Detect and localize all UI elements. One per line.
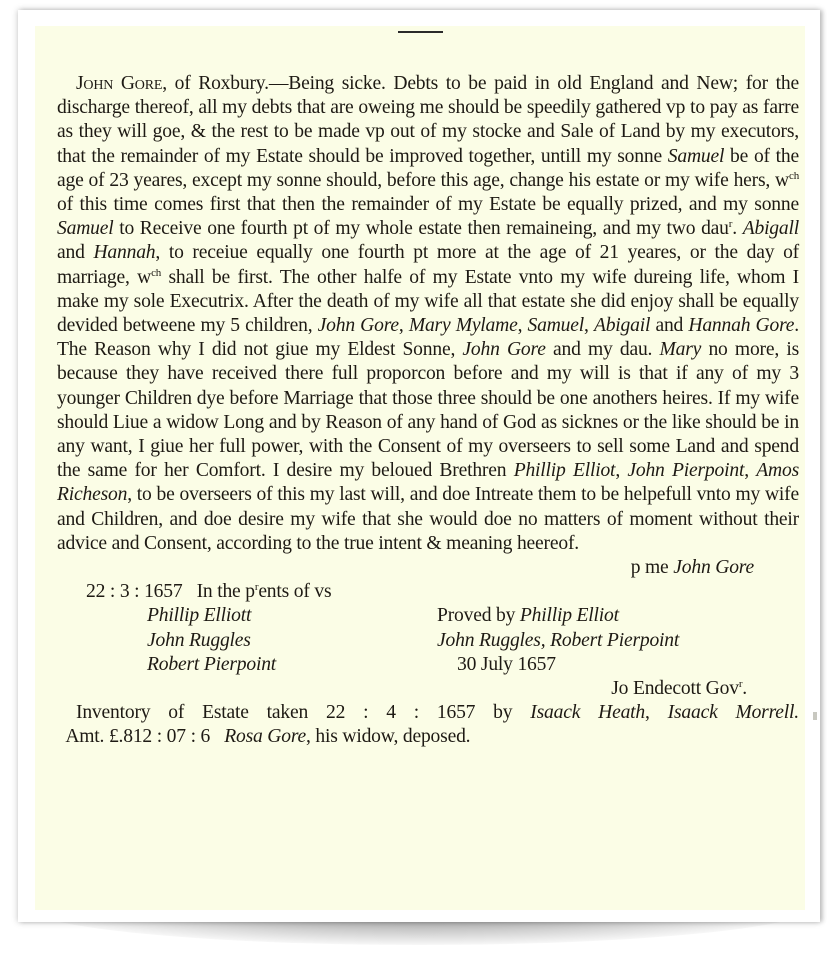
presence-text-b: ents of vs [258, 581, 331, 602]
proved-name: Phillip Elliot [520, 605, 619, 626]
governor-suffix: . [742, 678, 747, 699]
inventory-text-end: , his widow, deposed. [306, 726, 470, 747]
appraiser-name: Isaack Morrell. [668, 702, 799, 723]
widow-name: Rosa Gore [224, 726, 306, 747]
text-segment: John Gore [318, 315, 399, 336]
text-segment: , [584, 315, 594, 336]
separator: , [645, 702, 668, 723]
text-segment: Samuel [528, 315, 584, 336]
governor-name: Jo Endecott Gov [611, 678, 739, 699]
text-segment: Mary Mylame [409, 315, 518, 336]
text-segment: of this time comes first that then the r… [57, 194, 799, 215]
witness-list: Phillip Elliott John Ruggles Robert Pier… [57, 604, 437, 677]
text-segment: Samuel [668, 146, 724, 167]
margin-mark [813, 712, 817, 720]
text-segment: to Receive one fourth pt of my whole est… [113, 218, 728, 239]
text-segment: John Gore [76, 73, 162, 94]
signature-name: John Gore [673, 557, 754, 578]
text-segment: ch [789, 170, 799, 182]
appraiser-name: Isaack Heath [530, 702, 645, 723]
signature-prefix: p me [631, 557, 669, 578]
will-body-paragraph: John Gore, of Roxbury.—Being sicke. Debt… [57, 72, 799, 556]
text-segment: Mary [660, 339, 702, 360]
proved-names: John Ruggles, Robert Pierpoint [437, 630, 679, 651]
text-segment: John Gore [462, 339, 545, 360]
proof-block: Proved by Phillip Elliot John Ruggles, R… [437, 604, 799, 677]
text-segment: Phillip Elliot [514, 460, 616, 481]
signature-line: p me John Gore [57, 556, 799, 580]
text-segment: Samuel [57, 218, 113, 239]
witness-and-proof-block: Phillip Elliott John Ruggles Robert Pier… [57, 604, 799, 677]
governor-line: Jo Endecott Govr. [57, 677, 799, 701]
text-segment: Hannah [93, 242, 155, 263]
text-segment: ch [151, 267, 161, 279]
text-segment: and my dau. [546, 339, 660, 360]
text-segment: . [732, 218, 742, 239]
text-segment: , [399, 315, 409, 336]
will-date: 22 : 3 : 1657 [86, 581, 182, 602]
text-segment: , [518, 315, 528, 336]
document-frame: John Gore, of Roxbury.—Being sicke. Debt… [18, 10, 820, 922]
text-segment: , [615, 460, 627, 481]
section-divider [398, 31, 443, 33]
text-segment: John Pierpoint [627, 460, 744, 481]
inventory-amount: Amt. £.812 : 07 : 6 [57, 726, 224, 747]
witness-date-line: 22 : 3 : 1657 In the prents of vs [57, 580, 799, 604]
proved-date: 30 July 1657 [457, 654, 556, 675]
text-segment: Abigail [594, 315, 650, 336]
document-text: John Gore, of Roxbury.—Being sicke. Debt… [57, 72, 799, 750]
text-segment: and [650, 315, 688, 336]
text-segment: Abigall [743, 218, 799, 239]
witness-name: Phillip Elliott [147, 605, 251, 626]
witness-name: Robert Pierpoint [147, 654, 276, 675]
witness-name: John Ruggles [147, 630, 251, 651]
text-segment: and [57, 242, 93, 263]
inventory-text: Inventory of Estate taken 22 : 4 : 1657 … [76, 702, 530, 723]
text-segment: , [744, 460, 756, 481]
document-page: John Gore, of Roxbury.—Being sicke. Debt… [35, 26, 805, 910]
text-segment: Hannah Gore [688, 315, 794, 336]
presence-text-a: In the p [197, 581, 255, 602]
text-segment: , to be overseers of this my last will, … [57, 484, 799, 553]
inventory-paragraph: Inventory of Estate taken 22 : 4 : 1657 … [57, 701, 799, 749]
proved-label: Proved by [437, 605, 515, 626]
